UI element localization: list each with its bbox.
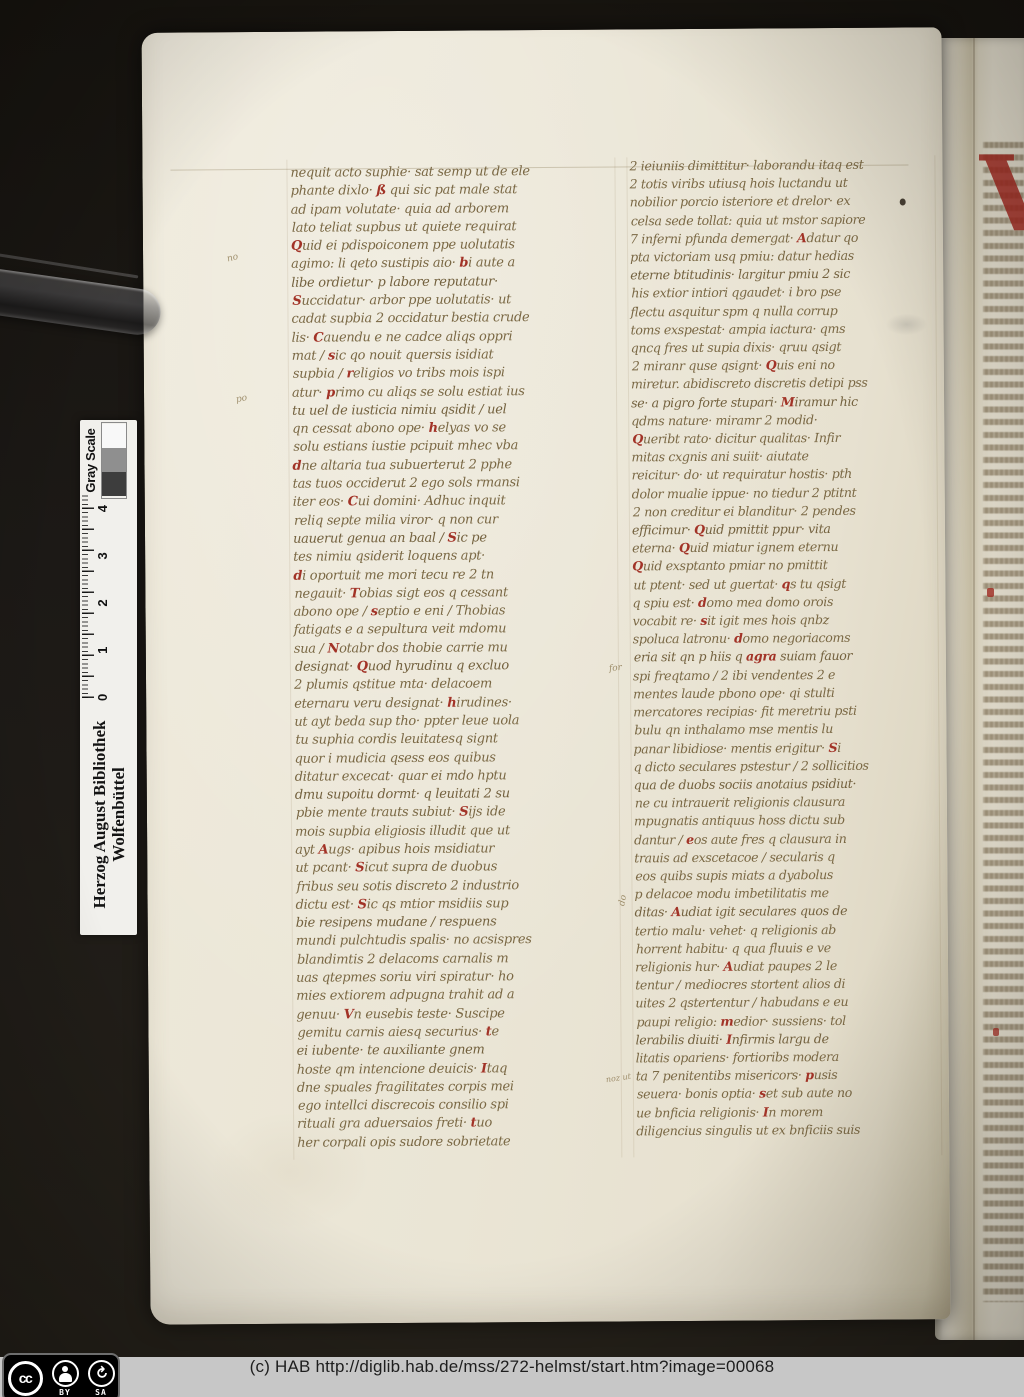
manuscript-line: vocabit re· sit igit mes hois qnbz	[633, 610, 935, 630]
manuscript-line: pta victoriam usq pmiu: datur hedias	[630, 246, 932, 266]
manuscript-line: quor i mudicia qsess eos quibus	[295, 748, 619, 769]
manuscript-line: designat· Quod hyrudinu q excluo	[295, 657, 619, 678]
margin-note: for	[608, 663, 622, 674]
gray-scale-block: Gray Scale	[80, 420, 137, 501]
manuscript-line: eternaru veru designat· hirudines·	[294, 693, 618, 714]
manuscript-line: tu uel de iusticia nimiu qsidit / uel	[292, 400, 616, 421]
manuscript-page: nequit acto suphie· sat semp ut de eleph…	[141, 27, 950, 1325]
manuscript-line: ut pcant· Sicut supra de duobus	[295, 858, 619, 879]
cc-sa-group: ↻ SA	[88, 1360, 115, 1397]
adjacent-page-red-initial: V	[979, 134, 1024, 274]
manuscript-line: efficimur· Quid pmittit ppur· vita	[632, 519, 934, 539]
manuscript-line: 2 non creditur ei blanditur· 2 pendes	[633, 501, 935, 521]
ruler-ticks-major	[82, 492, 94, 698]
manuscript-line: ei iubente· te auxiliante gnem	[297, 1041, 621, 1062]
manuscript-line: fribus seu sotis discreto 2 industrio	[296, 876, 620, 897]
manuscript-line: hoste qm intencione deuicis· Itaq	[297, 1059, 621, 1080]
manuscript-line: mundi pulchtudis spalis· no acsispres	[296, 931, 620, 952]
margin-note: do	[617, 894, 629, 907]
manuscript-line: ta 7 penitentibs misericors· pusis	[636, 1065, 938, 1085]
manuscript-line: lis· Cauendu e ne cadce aliqs oppri	[292, 327, 616, 348]
manuscript-line: eria sit qn p hiis q agra suiam fauor	[634, 647, 936, 667]
manuscript-line: q dicto seculares pstestur / 2 solliciti…	[634, 756, 936, 776]
manuscript-line: uites 2 qstertentur / habudans e eu	[635, 993, 937, 1013]
manuscript-line: dne altaria tua subuerterut 2 pphe	[292, 455, 616, 476]
manuscript-line: eterne btitudinis· largitur pmiu 2 sic	[630, 265, 932, 285]
cc-icon: cc	[8, 1361, 43, 1396]
sa-label: SA	[95, 1388, 107, 1397]
manuscript-line: qn cessat abono ope· helyas vo se	[292, 419, 616, 440]
manuscript-line: lerabilis diuiti· Infirmis largu de	[635, 1029, 937, 1049]
manuscript-line: dictu est· Sic qs mtior msidiis sup	[296, 894, 620, 915]
gray-patch-mid	[102, 449, 126, 473]
manuscript-line: 7 inferni pfunda demergat· Adatur qo	[630, 228, 932, 248]
manuscript-line: 2 miranr quse qsignt· Quis eni no	[632, 356, 934, 376]
manuscript-line: horrent habitu· q qua fluuis e ve	[636, 938, 938, 958]
manuscript-line: religionis hur· Audiat paupes 2 le	[635, 956, 937, 976]
ruler-number: 4	[95, 505, 110, 512]
manuscript-line: eos quibs supis miats a dyabolus	[635, 865, 937, 885]
library-name-line1: Herzog August Bibliothek	[90, 721, 109, 909]
manuscript-line: blandimtis 2 delacoms carnalis m	[297, 949, 621, 970]
cc-license-badge: cc BY ↻ SA	[2, 1353, 120, 1397]
gray-scale-title: Gray Scale	[83, 420, 98, 501]
manuscript-line: phante dixlo· ß qui sic pat male stat	[291, 181, 615, 202]
adjacent-page-text-column	[983, 142, 1024, 1302]
manuscript-line: dantur / eos aute fres q clausura in	[634, 829, 936, 849]
manuscript-line: di oportuit me mori tecu re 2 tn	[293, 565, 617, 586]
manuscript-line: tas tuos occiderut 2 ego sols rmansi	[293, 474, 617, 495]
manuscript-line: ne cu intrauerit religionis clausura	[635, 792, 937, 812]
manuscript-line: tes nimiu qsiderit loquens apt·	[293, 547, 617, 568]
manuscript-line: q spiu est· domo mea domo orois	[632, 592, 934, 612]
manuscript-line: sua / Notabr dos thobie carrie mu	[294, 638, 618, 659]
manuscript-line: se· a pigro forte stupari· Miramur hic	[631, 392, 933, 412]
text-column-left: nequit acto suphie· sat semp ut de eleph…	[290, 163, 621, 1153]
margin-note: po	[235, 393, 248, 405]
manuscript-line: trauis ad exscetacoe / secularis q	[634, 847, 936, 867]
ruler-number: 2	[95, 599, 110, 606]
manuscript-line: uauerut genua an baal / Sic pe	[293, 528, 617, 549]
library-name: Herzog August Bibliothek Wolfenbüttel	[80, 700, 137, 929]
manuscript-line: miretur. abidiscreto discretis detipi ps…	[631, 374, 933, 394]
ruler-number: 3	[95, 552, 110, 559]
ruler-number: 0	[95, 694, 110, 701]
manuscript-line: paupi religio: medior· sussiens· tol	[636, 1011, 938, 1031]
manuscript-line: qncq fres ut supia dixis· qruu qsigt	[631, 337, 933, 357]
manuscript-line: atur· primo cu aliqs se solu estiat ius	[292, 382, 616, 403]
cc-by-group: BY	[52, 1360, 79, 1397]
manuscript-line: agimo: li qeto sustipis aio· bi aute a	[291, 254, 615, 275]
manuscript-line: tu suphia cordis leuitatesq signt	[295, 730, 619, 751]
manuscript-line: seuera· bonis optia· set sub aute no	[637, 1084, 939, 1104]
manuscript-line: libe ordietur· p labore reputatur·	[291, 272, 615, 293]
manuscript-line: Quid exsptanto pmiar no pmittit	[632, 556, 934, 576]
manuscript-line: qdms nature· miramr 2 modid·	[631, 410, 933, 430]
page-clamp	[0, 268, 164, 337]
manuscript-line: her corpali opis sudore sobrietate	[297, 1132, 621, 1153]
manuscript-line: qua de duobs sociis anotaius psidiut·	[634, 774, 936, 794]
manuscript-line: panar libidiose· mentis erigitur· Si	[633, 738, 935, 758]
manuscript-line: reliq septe milia viror· q non cur	[294, 510, 618, 531]
manuscript-line: mitas cxgnis ani suiit· aiutate	[631, 447, 933, 467]
manuscript-line: flectu asquitur spm q nulla corrup	[630, 301, 932, 321]
gray-scale-patches	[101, 422, 127, 499]
manuscript-line: his extior intiori qgaudet· i bro pse	[631, 283, 933, 303]
rubric-mark	[987, 588, 994, 597]
manuscript-line: gemitu carnis aiesq securius· te	[297, 1022, 621, 1043]
manuscript-line: ditatur excecat· quar ei mdo hptu	[295, 766, 619, 787]
manuscript-line: ayt Augs· apibus hois msidiatur	[295, 839, 619, 860]
manuscript-line: mat / sic qo nouit quersis isidiat	[292, 345, 616, 366]
manuscript-line: negauit· Tobias sigt eos q cessant	[294, 583, 618, 604]
manuscript-line: Quid ei pdispoiconem ppe uolutatis	[291, 236, 615, 257]
ruler-scale: 01234	[95, 505, 110, 701]
manuscript-line: reicitur· do· ut requiratur hostis· pth	[632, 465, 934, 485]
manuscript-line: dne spuales fragilitates corpis mei	[297, 1077, 621, 1098]
manuscript-line: ut ayt beda sup tho· ppter leue uola	[294, 711, 618, 732]
manuscript-line: abono ope / septio e eni / Thobias	[293, 602, 617, 623]
manuscript-line: mpugnatis antiquus hoss dictu sub	[634, 811, 936, 831]
manuscript-line: cadat supbia 2 occidatur bestia crude	[291, 309, 615, 330]
gray-patch-dark	[102, 473, 126, 497]
rubric-mark	[993, 1028, 999, 1036]
manuscript-line: nequit acto suphie· sat semp ut de ele	[290, 163, 614, 184]
manuscript-line: celsa sede tollat: quia ut mstor sapiore	[631, 210, 933, 230]
ruler-number: 1	[95, 647, 110, 654]
manuscript-line: ue bnficia religionis· In morem	[636, 1102, 938, 1122]
manuscript-line: bulu qn inthalamo mse mentis lu	[634, 720, 936, 740]
color-calibration-card: Herzog August Bibliothek Wolfenbüttel 01…	[80, 420, 137, 935]
manuscript-line: dmu supoitu dormt· q leuitati 2 su	[295, 785, 619, 806]
manuscript-line: ditas· Audiat igit seculares quos de	[635, 902, 937, 922]
manuscript-line: litatis opariens· fortioribs modera	[636, 1047, 938, 1067]
manuscript-line: toms exspestat· ampia iactura· qms	[631, 319, 933, 339]
manuscript-line: eterna· Quid miatur ignem eternu	[632, 538, 934, 558]
manuscript-line: tertio malu· vehet· q religionis ab	[635, 920, 937, 940]
manuscript-line: 2 totis viribs utiusq hois luctandu ut	[630, 173, 932, 193]
person-icon	[52, 1360, 79, 1387]
manuscript-line: supbia / religios vo tribs mois ispi	[293, 364, 617, 385]
manuscript-line: p delacoe modu imbetilitatis me	[634, 883, 936, 903]
manuscript-line: ad ipam volutate· quia ad arborem	[291, 199, 615, 220]
manuscript-line: solu estians iustie pcipuit mhec vba	[293, 437, 617, 458]
library-name-line2: Wolfenbüttel	[109, 767, 128, 861]
manuscript-line: Queribt rato· dicitur qualitas· Infir	[632, 428, 934, 448]
manuscript-line: mois supbia eligiosis illudit que ut	[295, 821, 619, 842]
manuscript-line: lato teliat supbus ut quiete requirat	[292, 217, 616, 238]
manuscript-line: nobilior porcio isteriore et drelor· ex	[630, 192, 932, 212]
manuscript-line: diligencius singulis ut ex bnficiis suis	[636, 1120, 938, 1140]
manuscript-line: Succidatur· arbor ppe uolutatis· ut	[292, 291, 616, 312]
attribution-bar: (c) HAB http://diglib.hab.de/mss/272-hel…	[0, 1357, 1024, 1397]
manuscript-line: uas qtepmes soriu viri spiratur· ho	[296, 968, 620, 989]
manuscript-line: mies extiorem adpugna trahit ad a	[296, 986, 620, 1007]
manuscript-line: pbie mente trauts subiut· Sijs ide	[296, 803, 620, 824]
manuscript-line: genuu· Vn eusebis teste· Suscipe	[296, 1004, 620, 1025]
manuscript-line: dolor mualie ippue· no tiedur 2 ptitnt	[632, 483, 934, 503]
gray-patch-light	[102, 425, 126, 449]
manuscript-line: spi freqtamo / 2 ibi vendentes 2 e	[633, 665, 935, 685]
manuscript-line: tentur / mediocres stortent alios di	[635, 974, 937, 994]
manuscript-line: ego intellci discrecois consilio spi	[298, 1096, 622, 1117]
manuscript-line: mentes laude pbono ope· qi stulti	[633, 683, 935, 703]
manuscript-line: bie resipens mudane / respuens	[296, 913, 620, 934]
manuscript-line: iter eos· Cui domini· Adhuc inquit	[293, 492, 617, 513]
text-column-right: 2 ieiuniis dimittitur· laborandu itaq es…	[629, 155, 938, 1140]
margin-note: no	[226, 252, 239, 264]
attribution-text: (c) HAB http://diglib.hab.de/mss/272-hel…	[0, 1357, 1024, 1397]
manuscript-line: 2 ieiuniis dimittitur· laborandu itaq es…	[629, 155, 931, 175]
page-edge-crease	[973, 38, 975, 1340]
manuscript-line: mercatores recipias· fit meretriu psti	[633, 701, 935, 721]
share-alike-icon: ↻	[88, 1360, 115, 1387]
manuscript-line: 2 plumis qstitue mta· delacoem	[294, 675, 618, 696]
by-label: BY	[59, 1388, 71, 1397]
manuscript-line: ut ptent· sed ut guertat· qs tu qsigt	[633, 574, 935, 594]
manuscript-line: rituali gra aduersaios freti· tuo	[297, 1114, 621, 1135]
manuscript-line: spoluca latronu· domo negoriacoms	[633, 629, 935, 649]
manuscript-line: fatigats e a sepultura veit mdomu	[294, 620, 618, 641]
